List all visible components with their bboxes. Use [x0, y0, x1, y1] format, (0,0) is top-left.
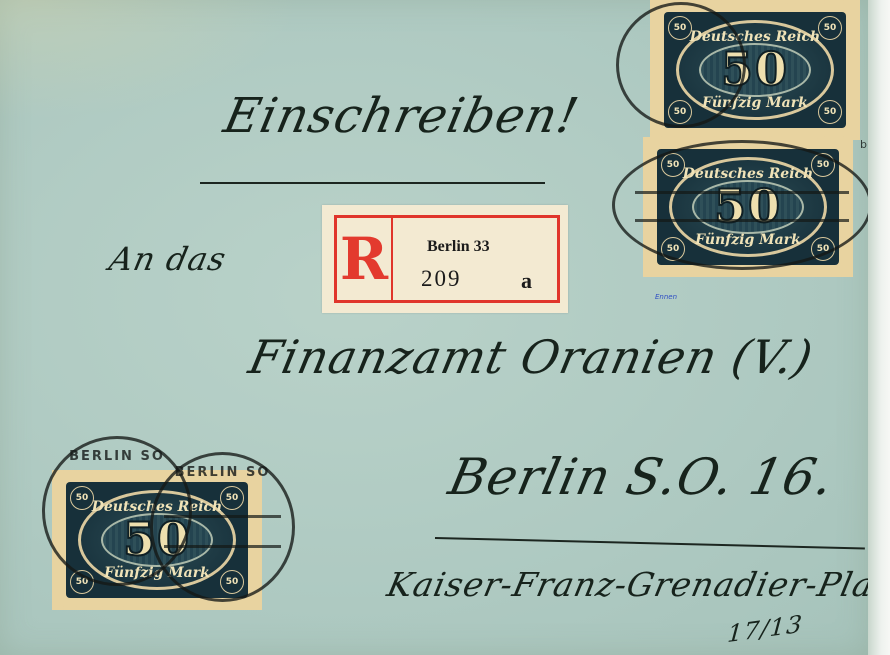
- postmark-bar: [164, 515, 281, 518]
- registration-frame: R Berlin 33 209 a: [334, 215, 560, 303]
- registration-label: R Berlin 33 209 a: [322, 205, 568, 313]
- delivery-note-underline: [200, 182, 545, 184]
- recipient-street: Kaiser-Franz-Grenadier-Platz: [384, 565, 890, 604]
- postmark-top-right-1: [616, 2, 746, 128]
- city-underline: [435, 537, 865, 550]
- registration-number: 209: [421, 266, 462, 292]
- delivery-note: Einschreiben!: [219, 88, 584, 144]
- blue-annotation: Ennen: [655, 293, 677, 301]
- stamp-corner-value: 50: [818, 16, 842, 40]
- envelope-edge: [868, 0, 890, 655]
- registration-suffix: a: [521, 268, 532, 294]
- registration-letter: R: [340, 230, 388, 288]
- postmark-text: BERLIN SO: [45, 449, 189, 464]
- recipient-city: Berlin S.O. 16.: [444, 448, 839, 506]
- stamp-corner-value: 50: [818, 100, 842, 124]
- postmark-top-right-2: [612, 140, 872, 270]
- postmark-text: BERLIN SO: [153, 465, 292, 480]
- registration-r-box: R: [337, 218, 393, 300]
- postmark-bar: [635, 219, 848, 222]
- salutation: An das: [106, 240, 230, 278]
- postmark-bar: [635, 191, 848, 194]
- recipient-name: Finanzamt Oranien (V.): [244, 330, 818, 384]
- envelope: Einschreiben! An das R Berlin 33 209 a F…: [0, 0, 868, 655]
- postmark-bar: [164, 545, 281, 548]
- postmark-bottom-left-2: BERLIN SO: [150, 452, 295, 602]
- recipient-house-number: 17/13: [726, 610, 804, 648]
- registration-post-office: Berlin 33: [427, 238, 490, 256]
